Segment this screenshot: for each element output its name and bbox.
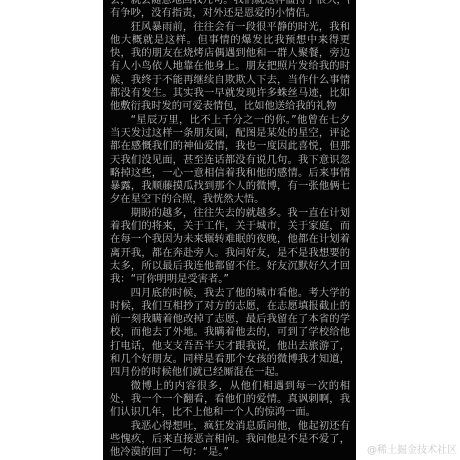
text-line: 快，我的朋友在烧烤店偶遇到他和一群人聚餐，旁边 bbox=[110, 47, 350, 60]
text-line: 会，就会随意地回我几句。我们就这样僵持了很久，没 bbox=[110, 0, 350, 7]
text-line: 当天发过这样一条朋友圈，配图是某处的星空，评论 bbox=[110, 127, 350, 140]
text-line: 有争吵，没有指责，对外还是恩爱的小情侣。 bbox=[110, 7, 350, 20]
page-canvas: 会，就会随意地回我几句。我们就这样僵持了很久，没有争吵，没有指责，对外还是恩爱的… bbox=[0, 0, 460, 460]
text-line: 候，我终于不能再继续自欺欺人下去，当作什么事情 bbox=[110, 74, 350, 87]
text-line: 我：“可你明明是受害者。” bbox=[110, 273, 350, 286]
text-line: 着我们的将来，关于工作，关于城市，关于家庭，而 bbox=[110, 220, 350, 233]
text-line: 狂风暴雨前，往往会有一段很平静的时光，我和 bbox=[110, 21, 350, 34]
text-line: 前一刻我瞒着他改掉了志愿，最后我留在了本省的学 bbox=[110, 313, 350, 326]
text-line: 处，我一个一个翻看，看他们的爱情。真讽刺啊，我 bbox=[110, 393, 350, 406]
text-line: 他冷漠的回了一句：“是。” bbox=[110, 446, 350, 459]
text-line: 四月底的时候，我去了他的城市看他。考大学的 bbox=[110, 287, 350, 300]
text-line: 微博上的内容很多，从他们相遇到每一次的相 bbox=[110, 380, 350, 393]
text-line: 和几个好朋友。同样是看那个女孩的微博我才知道， bbox=[110, 353, 350, 366]
text-line: 他敷衍我时发的可爱表情包，比如他送给我的礼物 bbox=[110, 100, 350, 113]
text-line: 们认识几年，比不上他和一个人的惊鸿一面。 bbox=[110, 406, 350, 419]
text-line: 四月份的时候他们就已经厮混在一起。 bbox=[110, 366, 350, 379]
text-line: 些愧疚，后来直接恶言相向。我问他是不是不爱了， bbox=[110, 433, 350, 446]
watermark: @稀土掘金技术社区 bbox=[367, 445, 457, 457]
text-line: 期盼的越多，往往失去的就越多。我一直在计划 bbox=[110, 207, 350, 220]
article-text: 会，就会随意地回我几句。我们就这样僵持了很久，没有争吵，没有指责，对外还是恩爱的… bbox=[110, 0, 350, 459]
text-line: 太多，所以最后我连他都留不住。好友沉默好久才回 bbox=[110, 260, 350, 273]
text-line: 夕在星空下的合照，我恍然大悟。 bbox=[110, 193, 350, 206]
text-line: “星辰万里，比不上千分之一的你。”他曾在七夕 bbox=[110, 114, 350, 127]
text-line: 时候，我们互相抄了对方的志愿，在志愿填报截止的 bbox=[110, 300, 350, 313]
text-line: 校，而他去了外地。我瞒着他去的，可到了学校给他 bbox=[110, 326, 350, 339]
text-line: 暴露，我顺藤摸瓜找到那个人的微博，有一张他俩七 bbox=[110, 180, 350, 193]
text-line: 在每一个我因为未来辗转难眠的夜晚，他都在计划着 bbox=[110, 233, 350, 246]
article-panel: 会，就会随意地回我几句。我们就这样僵持了很久，没有争吵，没有指责，对外还是恩爱的… bbox=[103, 0, 356, 460]
text-line: 他大概就是这样。但事情的爆发比我预想中来得更 bbox=[110, 34, 350, 47]
text-line: 我恶心得想吐，疯狂发消息质问他，他起初还有 bbox=[110, 420, 350, 433]
text-line: 打电话，他支支吾吾半天才跟我说，他出去旅游了， bbox=[110, 340, 350, 353]
text-line: 有人小鸟依人地靠在他身上。朋友把照片发给我的时 bbox=[110, 60, 350, 73]
text-line: 离开我，都在奔赴旁人。我问好友，是不是我想要的 bbox=[110, 247, 350, 260]
text-line: 略掉这些，一心一意相信着我和他的感情。后来事情 bbox=[110, 167, 350, 180]
text-line: 天我们没见面，甚至连话都没有说几句。我下意识忽 bbox=[110, 154, 350, 167]
text-line: 都没有发生。其实我一早就发现许多蛛丝马迹，比如 bbox=[110, 87, 350, 100]
text-line: 都在感慨我们的神仙爱情，我也一度因此喜悦，但那 bbox=[110, 140, 350, 153]
